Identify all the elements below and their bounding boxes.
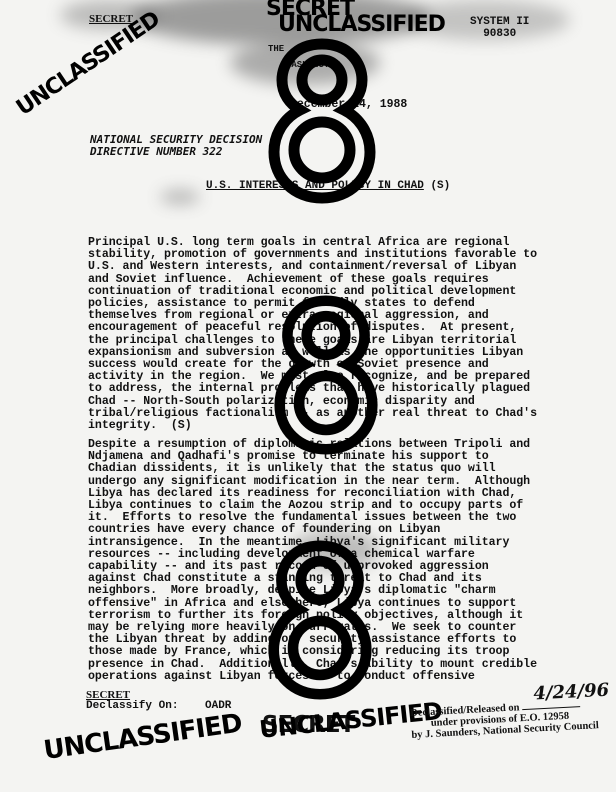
letterhead-washington: WASHINGTON xyxy=(286,60,340,70)
system-name: SYSTEM II xyxy=(470,16,529,28)
paragraph-1: Principal U.S. long term goals in centra… xyxy=(88,237,558,432)
paragraph-line: intransigence. In the meantime, Libya's … xyxy=(88,537,558,549)
unclassified-letterhead-stamp: UNCLASSIFIED xyxy=(278,12,445,37)
system-number: 90830 xyxy=(470,28,529,40)
paragraph-line: to address, the internal problems that h… xyxy=(88,383,558,395)
subject-text: U.S. INTERESTS AND POLICY IN CHAD xyxy=(206,180,424,192)
paragraph-line: Chadian dissidents, it is unlikely that … xyxy=(88,463,558,475)
document-date: December 14, 1988 xyxy=(290,98,407,111)
declassify-label: Declassify On: xyxy=(86,700,178,712)
unclassified-stamp-bottom-left: UNCLASSIFIED xyxy=(42,709,244,766)
paragraph-line: U.S. and Western interests, and containm… xyxy=(88,261,558,273)
letterhead-the: THE xyxy=(268,44,284,54)
paragraph-line: integrity. (S) xyxy=(88,420,558,432)
release-date: 4/24/96 xyxy=(533,685,609,700)
paragraph-line: offensive" in Africa and elsewhere, Liby… xyxy=(88,598,558,610)
paragraph-line: the principal challenges to these goals … xyxy=(88,335,558,347)
subject-marking: (S) xyxy=(430,180,450,192)
scan-smudge xyxy=(160,190,200,204)
paragraph-line: operations against Libyan forces or to c… xyxy=(88,671,558,683)
paragraph-line: and Soviet influence. Achievement of the… xyxy=(88,274,558,286)
paragraph-line: encouragement of peaceful resolution of … xyxy=(88,322,558,334)
paragraph-2: Despite a resumption of diplomatic relat… xyxy=(88,439,558,683)
paragraph-line: countries have every chance of founderin… xyxy=(88,524,558,536)
directive-title-line-2: DIRECTIVE NUMBER 322 xyxy=(90,146,222,158)
system-label: SYSTEM II 90830 xyxy=(470,16,529,40)
paragraph-line: those made by France, which is consideri… xyxy=(88,646,558,658)
subject-line: U.S. INTERESTS AND POLICY IN CHAD (S) xyxy=(206,180,450,192)
paragraph-line: Chad -- North-South polarization, econom… xyxy=(88,396,558,408)
paragraph-line: neighbors. More broadly, despite Libya's… xyxy=(88,585,558,597)
paragraph-line: undergo any significant modification in … xyxy=(88,476,558,488)
release-date-field: 4/24/96 xyxy=(522,706,580,710)
